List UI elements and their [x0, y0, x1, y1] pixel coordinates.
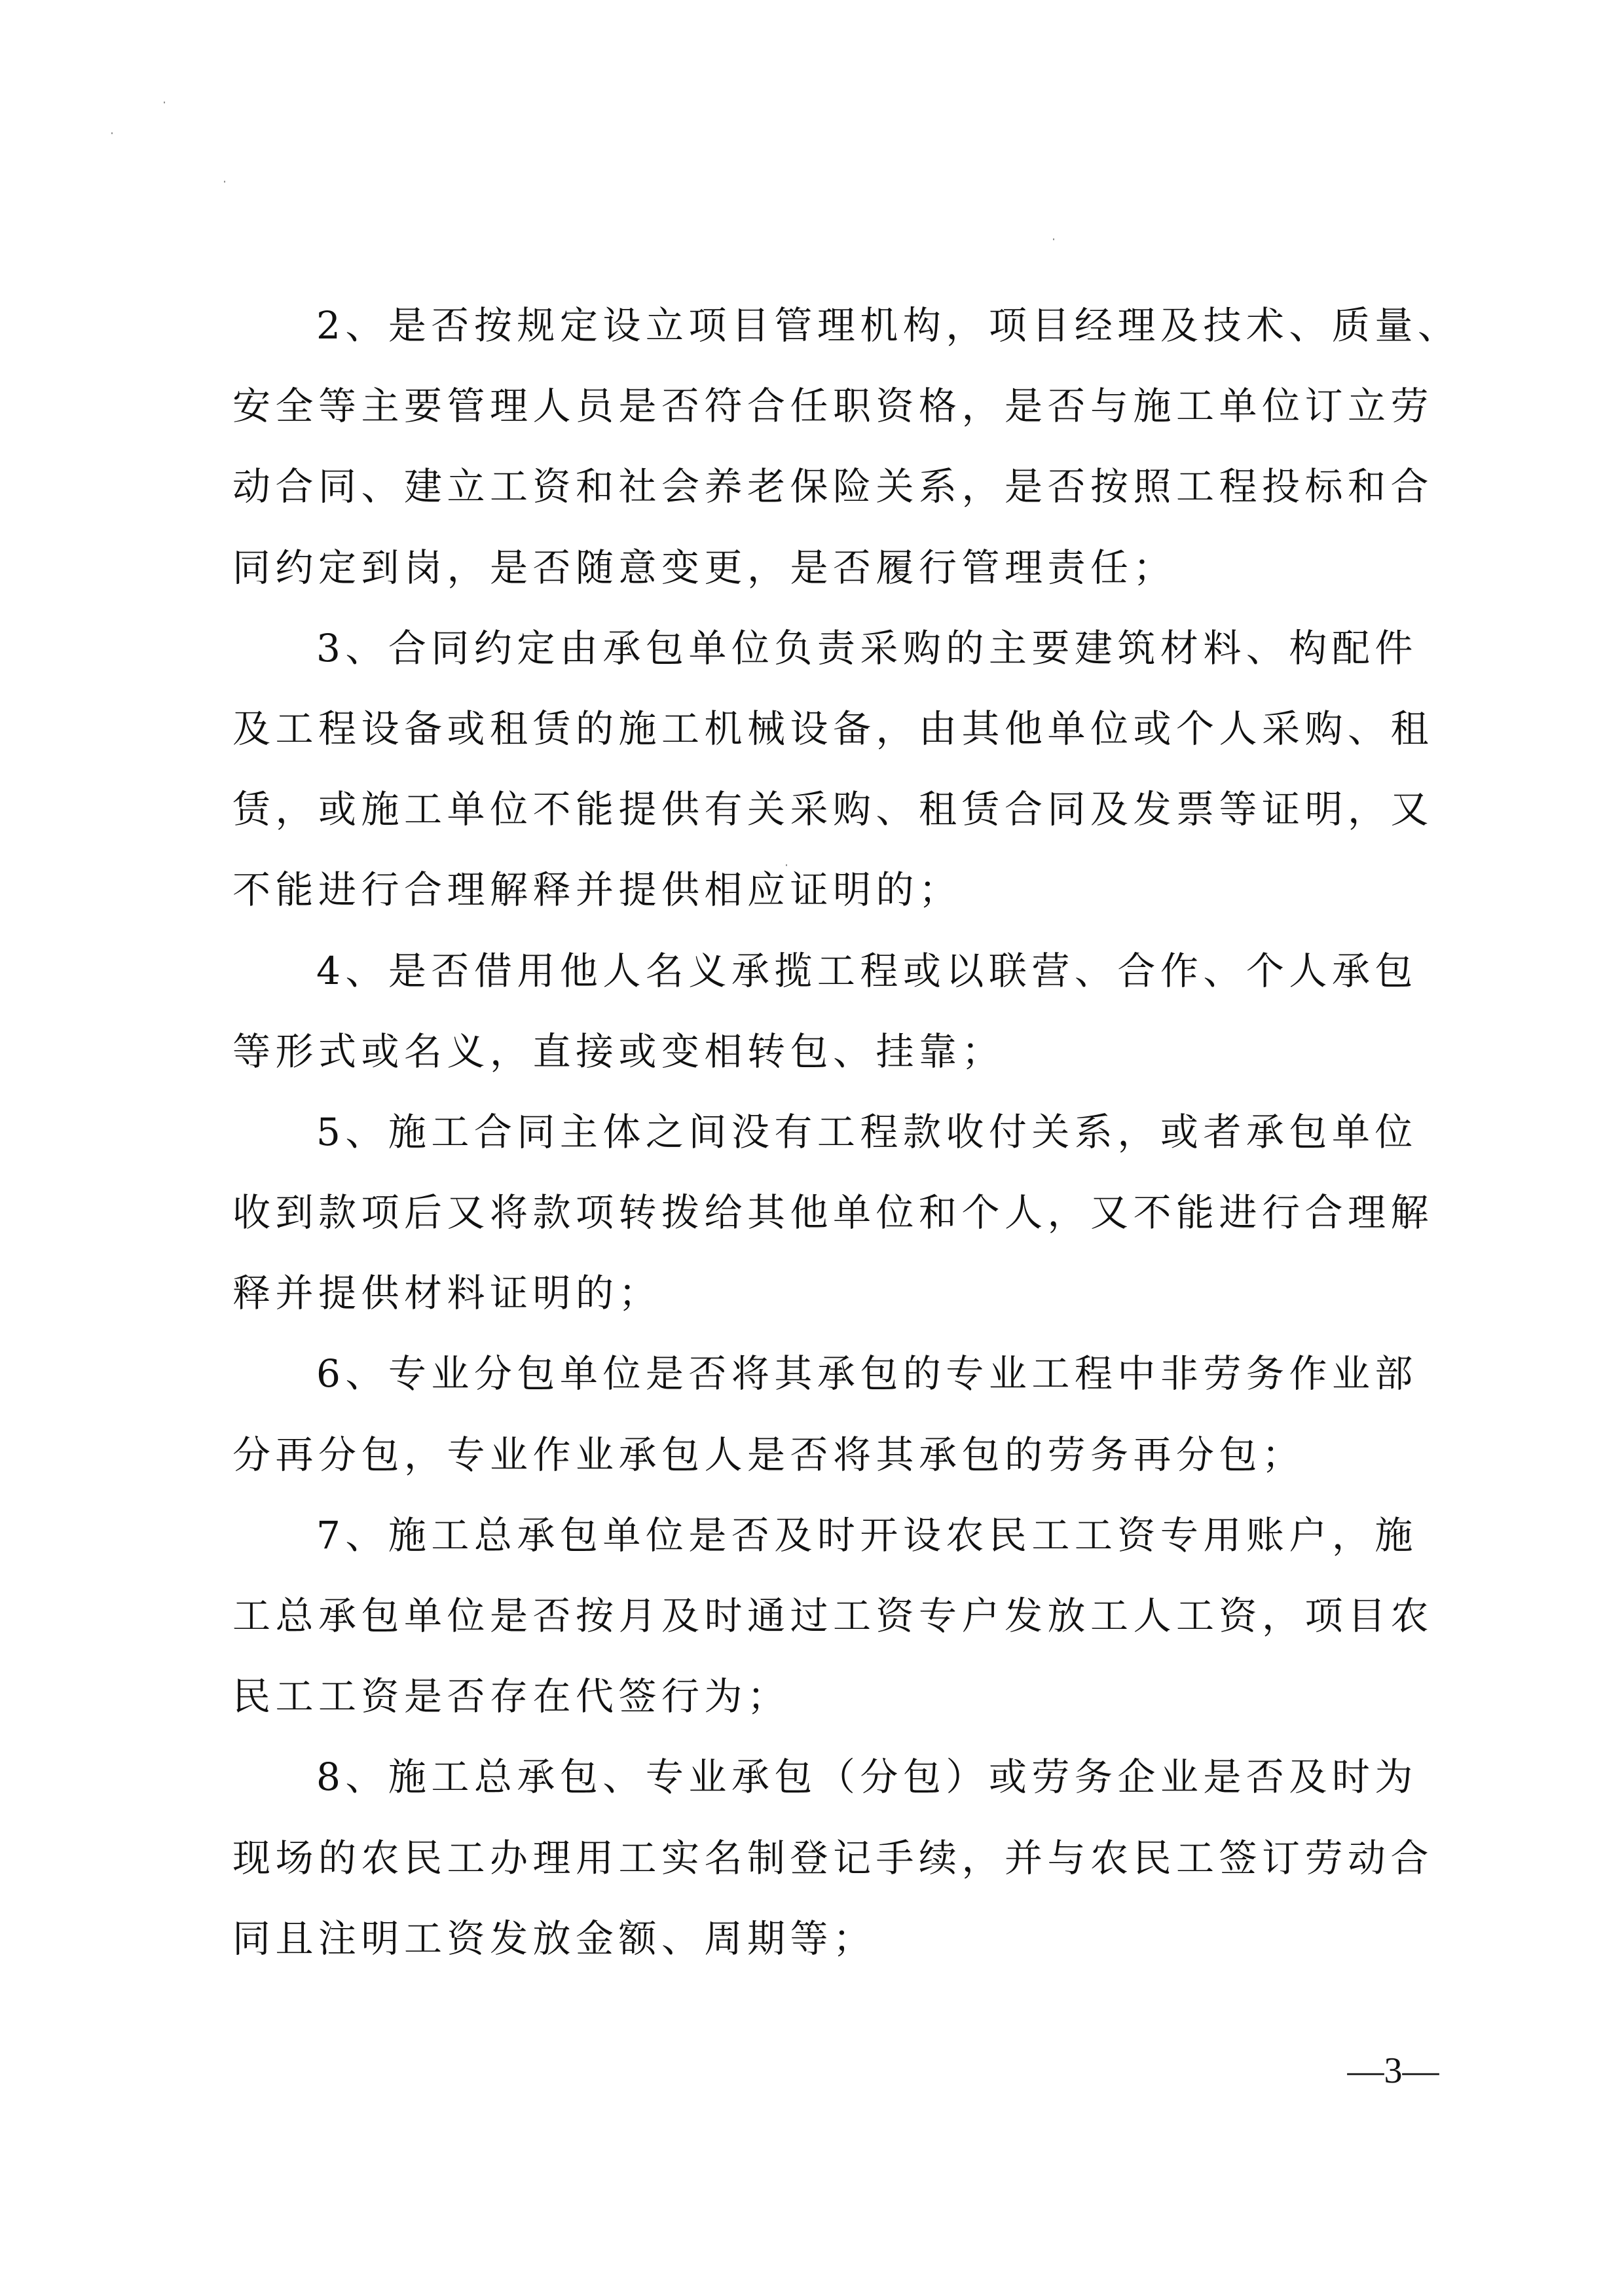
paragraph-line: 动合同、建立工资和社会养老保险关系，是否按照工程投标和合	[232, 457, 1441, 538]
document-page: 2、是否按规定设立项目管理机构，项目经理及技术、质量、 安全等主要管理人员是否符…	[0, 0, 1624, 2296]
paragraph-line: 等形式或名义，直接或变相转包、挂靠；	[232, 1022, 1441, 1102]
paragraph-line: 8、施工总承包、专业承包（分包）或劳务企业是否及时为	[232, 1747, 1441, 1828]
paragraph-line: 6、专业分包单位是否将其承包的专业工程中非劳务作业部	[232, 1344, 1441, 1425]
paragraph-line: 同约定到岗，是否随意变更，是否履行管理责任；	[232, 538, 1441, 619]
scan-speck	[1053, 238, 1054, 240]
scan-speck	[786, 864, 787, 866]
paragraph-line: 工总承包单位是否按月及时通过工资专户发放工人工资，项目农	[232, 1586, 1441, 1667]
paragraph-line: 现场的农民工办理用工实名制登记手续，并与农民工签订劳动合	[232, 1829, 1441, 1909]
paragraph-line: 赁，或施工单位不能提供有关采购、租赁合同及发票等证明，又	[232, 780, 1441, 860]
document-body: 2、是否按规定设立项目管理机构，项目经理及技术、质量、 安全等主要管理人员是否符…	[232, 296, 1441, 1990]
paragraph-line: 收到款项后又将款项转拨给其他单位和个人，又不能进行合理解	[232, 1183, 1441, 1264]
paragraph-item-8: 8、施工总承包、专业承包（分包）或劳务企业是否及时为 现场的农民工办理用工实名制…	[232, 1747, 1441, 1990]
paragraph-line: 不能进行合理解释并提供相应证明的；	[232, 860, 1441, 941]
paragraph-line: 5、施工合同主体之间没有工程款收付关系，或者承包单位	[232, 1102, 1441, 1183]
paragraph-line: 4、是否借用他人名义承揽工程或以联营、合作、个人承包	[232, 941, 1441, 1022]
scan-speck	[164, 101, 165, 103]
paragraph-item-6: 6、专业分包单位是否将其承包的专业工程中非劳务作业部 分再分包，专业作业承包人是…	[232, 1344, 1441, 1505]
paragraph-item-5: 5、施工合同主体之间没有工程款收付关系，或者承包单位 收到款项后又将款项转拨给其…	[232, 1102, 1441, 1345]
paragraph-line: 民工工资是否存在代签行为；	[232, 1667, 1441, 1747]
scan-speck	[224, 181, 225, 183]
paragraph-line: 释并提供材料证明的；	[232, 1264, 1441, 1344]
paragraph-line: 3、合同约定由承包单位负责采购的主要建筑材料、构配件	[232, 619, 1441, 699]
page-number: —3—	[1342, 2048, 1444, 2094]
paragraph-item-3: 3、合同约定由承包单位负责采购的主要建筑材料、构配件 及工程设备或租赁的施工机械…	[232, 619, 1441, 941]
paragraph-line: 同且注明工资发放金额、周期等；	[232, 1909, 1441, 1990]
paragraph-line: 分再分包，专业作业承包人是否将其承包的劳务再分包；	[232, 1425, 1441, 1506]
paragraph-item-7: 7、施工总承包单位是否及时开设农民工工资专用账户，施 工总承包单位是否按月及时通…	[232, 1506, 1441, 1748]
paragraph-line: 及工程设备或租赁的施工机械设备，由其他单位或个人采购、租	[232, 699, 1441, 780]
paragraph-item-2: 2、是否按规定设立项目管理机构，项目经理及技术、质量、 安全等主要管理人员是否符…	[232, 296, 1441, 619]
scan-speck	[111, 132, 113, 134]
paragraph-line: 2、是否按规定设立项目管理机构，项目经理及技术、质量、	[232, 296, 1441, 376]
paragraph-item-4: 4、是否借用他人名义承揽工程或以联营、合作、个人承包 等形式或名义，直接或变相转…	[232, 941, 1441, 1102]
paragraph-line: 安全等主要管理人员是否符合任职资格，是否与施工单位订立劳	[232, 376, 1441, 457]
paragraph-line: 7、施工总承包单位是否及时开设农民工工资专用账户，施	[232, 1506, 1441, 1586]
